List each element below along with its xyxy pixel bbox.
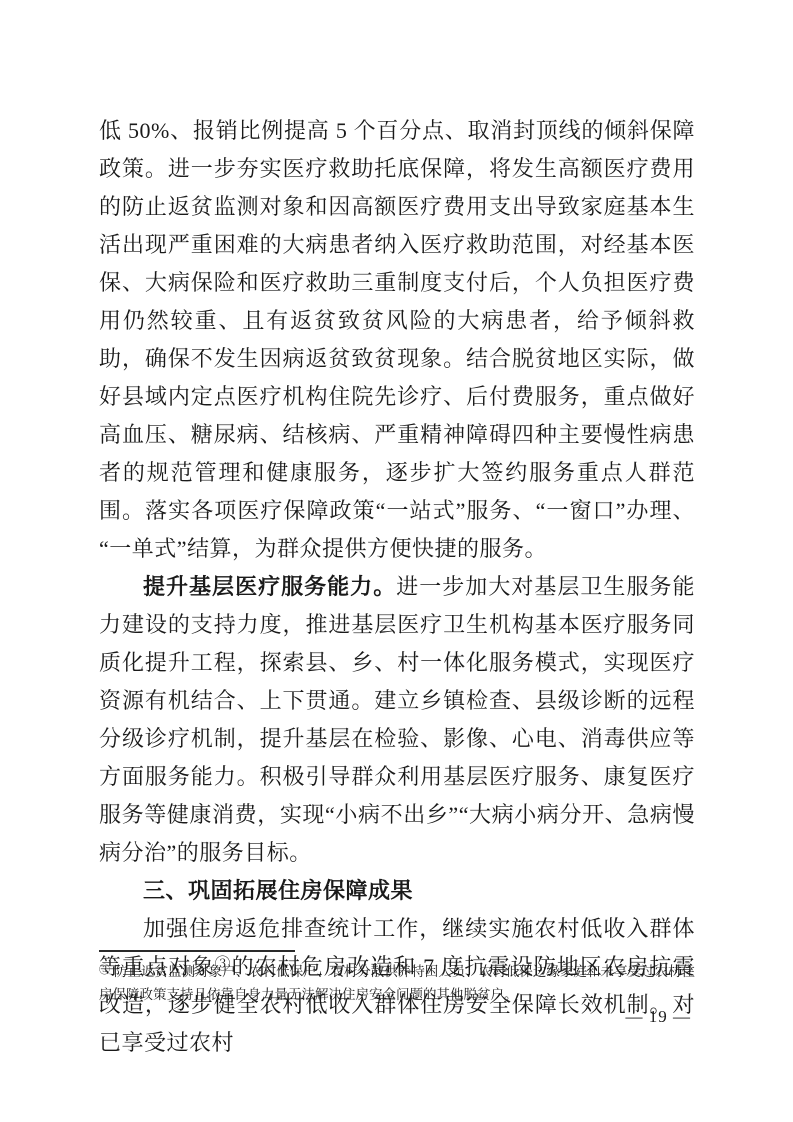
footnote-marker-3: ③ (99, 964, 114, 976)
footnote-area: ③防止返贫监测对象户、农村低保户、农村分散供养特困人员、农村低保边缘家庭和未享受… (99, 950, 695, 1006)
paragraph-bold-lead: 提升基层医疗服务能力。 (143, 574, 396, 599)
footnote-text: ③防止返贫监测对象户、农村低保户、农村分散供养特困人员、农村低保边缘家庭和未享受… (99, 960, 695, 1006)
document-page: 低 50%、报销比例提高 5 个百分点、取消封顶线的倾斜保障政策。进一步夯实医疗… (0, 0, 793, 1122)
paragraph-body-text: 进一步加大对基层卫生服务能力建设的支持力度，推进基层医疗卫生机构基本医疗服务同质… (99, 574, 695, 865)
paragraph-medical-assistance: 低 50%、报销比例提高 5 个百分点、取消封顶线的倾斜保障政策。进一步夯实医疗… (99, 112, 695, 568)
page-body: 低 50%、报销比例提高 5 个百分点、取消封顶线的倾斜保障政策。进一步夯实医疗… (99, 112, 695, 1062)
footnote-divider (99, 950, 295, 952)
footnote-body: 防止返贫监测对象户、农村低保户、农村分散供养特困人员、农村低保边缘家庭和未享受过… (99, 964, 695, 1002)
section-heading-housing: 三、巩固拓展住房保障成果 (99, 872, 695, 910)
paragraph-grassroots-medical: 提升基层医疗服务能力。进一步加大对基层卫生服务能力建设的支持力度，推进基层医疗卫… (99, 568, 695, 872)
page-number: — 19 — (626, 1007, 692, 1027)
